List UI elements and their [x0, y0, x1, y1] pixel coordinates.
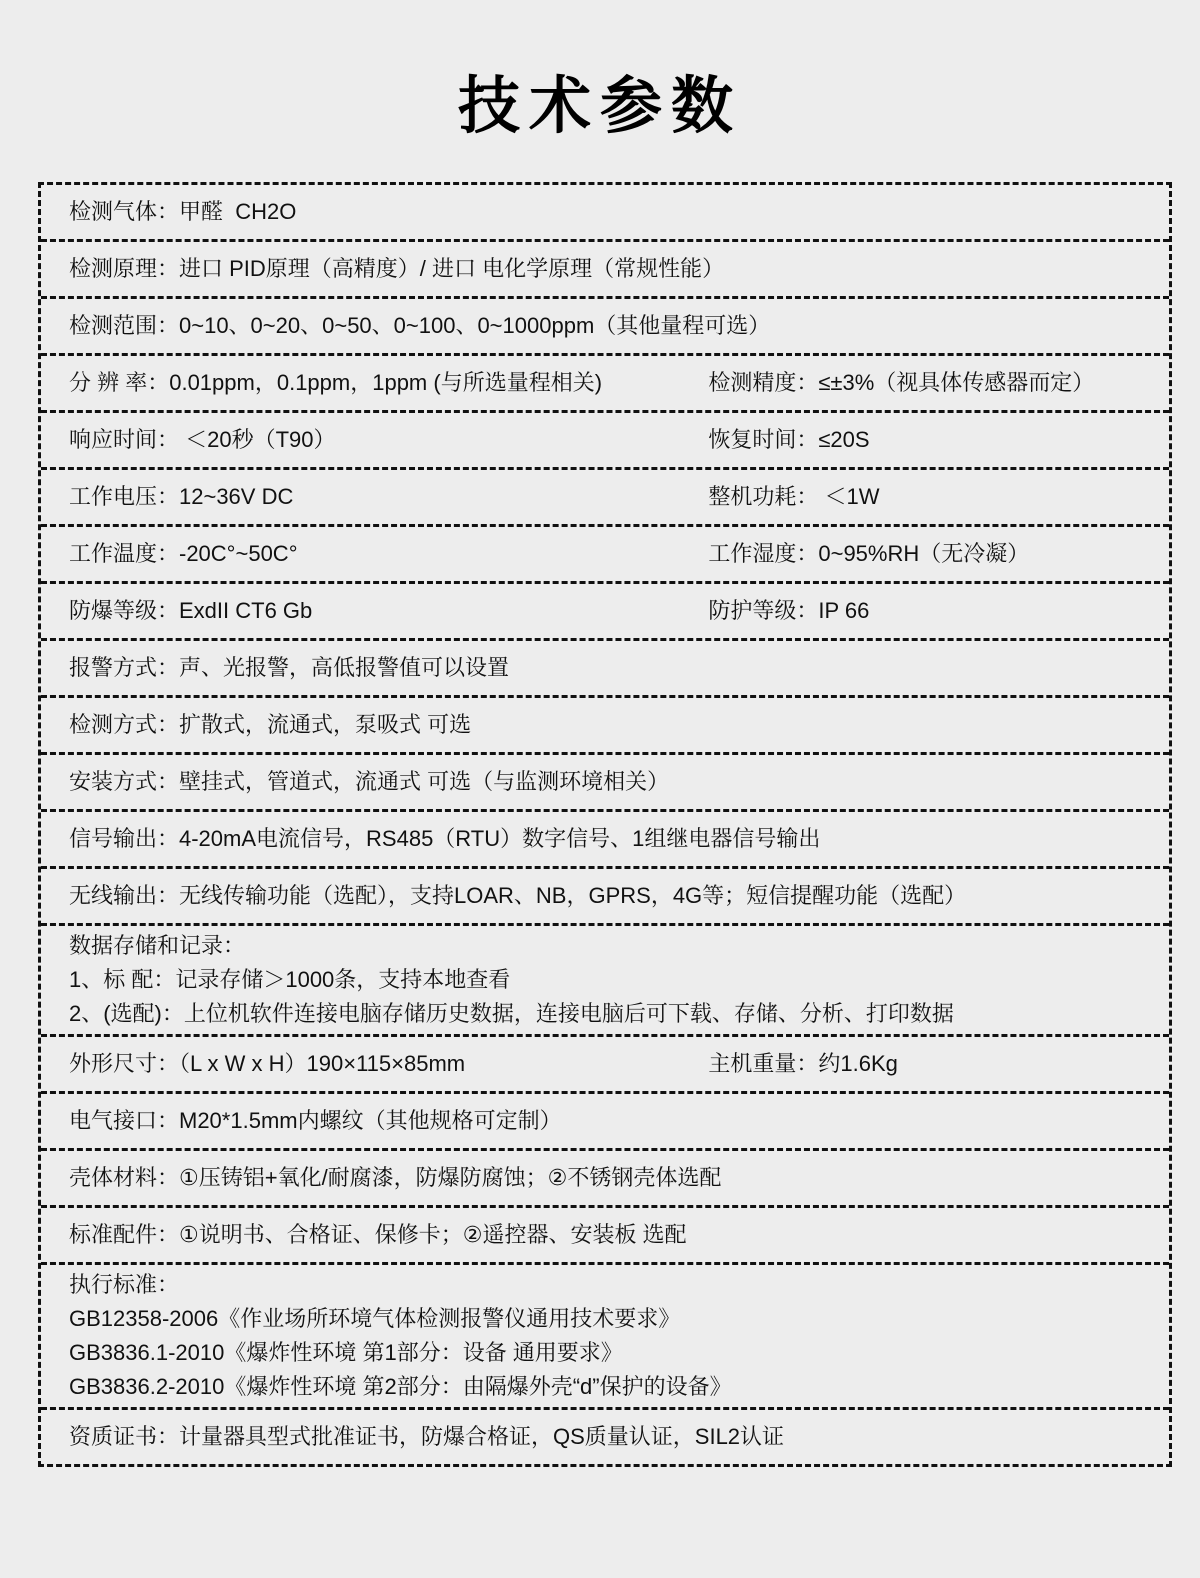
spec-line: 防护等级：IP 66 — [708, 594, 1149, 628]
spec-line: 标准配件：①说明书、合格证、保修卡；②遥控器、安装板 选配 — [69, 1218, 687, 1252]
spec-cell-primary: 检测范围：0~10、0~20、0~50、0~100、0~1000ppm（其他量程… — [69, 309, 770, 343]
spec-line: 分 辨 率：0.01ppm，0.1ppm，1ppm (与所选量程相关) — [69, 366, 708, 400]
spec-cell-secondary: 工作湿度：0~95%RH（无冷凝） — [708, 537, 1149, 571]
spec-line: 数据存储和记录： — [69, 929, 954, 963]
table-row: 无线输出：无线传输功能（选配），支持LOAR、NB，GPRS，4G等；短信提醒功… — [41, 866, 1169, 923]
spec-line: 工作湿度：0~95%RH（无冷凝） — [708, 537, 1149, 571]
spec-table: 检测气体：甲醛 CH2O检测原理：进口 PID原理（高精度）/ 进口 电化学原理… — [38, 182, 1172, 1467]
spec-line: 工作电压：12~36V DC — [69, 480, 708, 514]
spec-cell-primary: 分 辨 率：0.01ppm，0.1ppm，1ppm (与所选量程相关) — [69, 366, 708, 400]
table-row: 资质证书：计量器具型式批准证书，防爆合格证，QS质量认证，SIL2认证 — [41, 1407, 1169, 1464]
spec-line: 工作温度：-20C°~50C° — [69, 537, 708, 571]
spec-line: 检测精度：≤±3%（视具体传感器而定） — [708, 366, 1149, 400]
spec-line: GB3836.1-2010《爆炸性环境 第1部分：设备 通用要求》 — [69, 1336, 732, 1370]
table-row: 响应时间： ＜20秒（T90）恢复时间：≤20S — [41, 410, 1169, 467]
spec-line: 资质证书：计量器具型式批准证书，防爆合格证，QS质量认证，SIL2认证 — [69, 1420, 784, 1454]
spec-line: 响应时间： ＜20秒（T90） — [69, 423, 708, 457]
spec-cell-secondary: 恢复时间：≤20S — [708, 423, 1149, 457]
spec-line: 外形尺寸：（L x W x H）190×115×85mm — [69, 1047, 708, 1081]
spec-line: 防爆等级：ExdII CT6 Gb — [69, 594, 708, 628]
page-title: 技术参数 — [0, 76, 1200, 138]
spec-cell-primary: 检测原理：进口 PID原理（高精度）/ 进口 电化学原理（常规性能） — [69, 252, 724, 286]
spec-cell-primary: 无线输出：无线传输功能（选配），支持LOAR、NB，GPRS，4G等；短信提醒功… — [69, 879, 966, 913]
table-row: 数据存储和记录：1、标 配：记录存储＞1000条，支持本地查看2、(选配)：上位… — [41, 923, 1169, 1034]
spec-cell-primary: 数据存储和记录：1、标 配：记录存储＞1000条，支持本地查看2、(选配)：上位… — [69, 929, 954, 1031]
spec-line: GB12358-2006《作业场所环境气体检测报警仪通用技术要求》 — [69, 1302, 732, 1336]
spec-line: 检测原理：进口 PID原理（高精度）/ 进口 电化学原理（常规性能） — [69, 252, 724, 286]
spec-cell-primary: 电气接口：M20*1.5mm内螺纹（其他规格可定制） — [69, 1104, 562, 1138]
spec-line: 检测气体：甲醛 CH2O — [69, 195, 296, 229]
table-row: 工作温度：-20C°~50C°工作湿度：0~95%RH（无冷凝） — [41, 524, 1169, 581]
spec-cell-primary: 防爆等级：ExdII CT6 Gb — [69, 594, 708, 628]
spec-line: 执行标准： — [69, 1268, 732, 1302]
spec-line: GB3836.2-2010《爆炸性环境 第2部分：由隔爆外壳“d”保护的设备》 — [69, 1370, 732, 1404]
spec-line: 主机重量：约1.6Kg — [708, 1047, 1149, 1081]
spec-line: 壳体材料：①压铸铝+氧化/耐腐漆，防爆防腐蚀；②不锈钢壳体选配 — [69, 1161, 721, 1195]
spec-cell-primary: 壳体材料：①压铸铝+氧化/耐腐漆，防爆防腐蚀；②不锈钢壳体选配 — [69, 1161, 721, 1195]
spec-line: 信号输出：4-20mA电流信号，RS485（RTU）数字信号、1组继电器信号输出 — [69, 822, 820, 856]
spec-cell-primary: 资质证书：计量器具型式批准证书，防爆合格证，QS质量认证，SIL2认证 — [69, 1420, 784, 1454]
spec-cell-primary: 信号输出：4-20mA电流信号，RS485（RTU）数字信号、1组继电器信号输出 — [69, 822, 820, 856]
spec-cell-primary: 检测方式：扩散式，流通式，泵吸式 可选 — [69, 708, 471, 742]
spec-cell-primary: 检测气体：甲醛 CH2O — [69, 195, 296, 229]
spec-line: 检测范围：0~10、0~20、0~50、0~100、0~1000ppm（其他量程… — [69, 309, 770, 343]
spec-cell-primary: 执行标准：GB12358-2006《作业场所环境气体检测报警仪通用技术要求》GB… — [69, 1268, 732, 1404]
table-row: 壳体材料：①压铸铝+氧化/耐腐漆，防爆防腐蚀；②不锈钢壳体选配 — [41, 1148, 1169, 1205]
spec-cell-primary: 工作温度：-20C°~50C° — [69, 537, 708, 571]
spec-cell-primary: 响应时间： ＜20秒（T90） — [69, 423, 708, 457]
table-row: 检测原理：进口 PID原理（高精度）/ 进口 电化学原理（常规性能） — [41, 239, 1169, 296]
table-row: 检测范围：0~10、0~20、0~50、0~100、0~1000ppm（其他量程… — [41, 296, 1169, 353]
spec-line: 整机功耗： ＜1W — [708, 480, 1149, 514]
table-row: 信号输出：4-20mA电流信号，RS485（RTU）数字信号、1组继电器信号输出 — [41, 809, 1169, 866]
spec-sheet-page: { "page": { "title": "技术参数", "background… — [0, 0, 1200, 1578]
table-row: 电气接口：M20*1.5mm内螺纹（其他规格可定制） — [41, 1091, 1169, 1148]
spec-cell-primary: 标准配件：①说明书、合格证、保修卡；②遥控器、安装板 选配 — [69, 1218, 687, 1252]
spec-cell-primary: 工作电压：12~36V DC — [69, 480, 708, 514]
table-row: 安装方式：壁挂式，管道式，流通式 可选（与监测环境相关） — [41, 752, 1169, 809]
spec-cell-secondary: 防护等级：IP 66 — [708, 594, 1149, 628]
table-row: 报警方式：声、光报警，高低报警值可以设置 — [41, 638, 1169, 695]
table-row: 标准配件：①说明书、合格证、保修卡；②遥控器、安装板 选配 — [41, 1205, 1169, 1262]
spec-cell-primary: 安装方式：壁挂式，管道式，流通式 可选（与监测环境相关） — [69, 765, 669, 799]
spec-cell-secondary: 检测精度：≤±3%（视具体传感器而定） — [708, 366, 1149, 400]
table-row: 执行标准：GB12358-2006《作业场所环境气体检测报警仪通用技术要求》GB… — [41, 1262, 1169, 1407]
spec-line: 恢复时间：≤20S — [708, 423, 1149, 457]
spec-line: 1、标 配：记录存储＞1000条，支持本地查看 — [69, 963, 954, 997]
table-row: 外形尺寸：（L x W x H）190×115×85mm主机重量：约1.6Kg — [41, 1034, 1169, 1091]
spec-line: 电气接口：M20*1.5mm内螺纹（其他规格可定制） — [69, 1104, 562, 1138]
spec-line: 2、(选配)：上位机软件连接电脑存储历史数据，连接电脑后可下载、存储、分析、打印… — [69, 997, 954, 1031]
table-row: 防爆等级：ExdII CT6 Gb防护等级：IP 66 — [41, 581, 1169, 638]
spec-cell-primary: 报警方式：声、光报警，高低报警值可以设置 — [69, 651, 509, 685]
table-row: 分 辨 率：0.01ppm，0.1ppm，1ppm (与所选量程相关)检测精度：… — [41, 353, 1169, 410]
spec-line: 检测方式：扩散式，流通式，泵吸式 可选 — [69, 708, 471, 742]
table-row: 检测方式：扩散式，流通式，泵吸式 可选 — [41, 695, 1169, 752]
table-row: 检测气体：甲醛 CH2O — [41, 185, 1169, 239]
spec-line: 安装方式：壁挂式，管道式，流通式 可选（与监测环境相关） — [69, 765, 669, 799]
spec-cell-secondary: 主机重量：约1.6Kg — [708, 1047, 1149, 1081]
spec-line: 无线输出：无线传输功能（选配），支持LOAR、NB，GPRS，4G等；短信提醒功… — [69, 879, 966, 913]
spec-cell-primary: 外形尺寸：（L x W x H）190×115×85mm — [69, 1047, 708, 1081]
spec-line: 报警方式：声、光报警，高低报警值可以设置 — [69, 651, 509, 685]
table-row: 工作电压：12~36V DC整机功耗： ＜1W — [41, 467, 1169, 524]
spec-cell-secondary: 整机功耗： ＜1W — [708, 480, 1149, 514]
